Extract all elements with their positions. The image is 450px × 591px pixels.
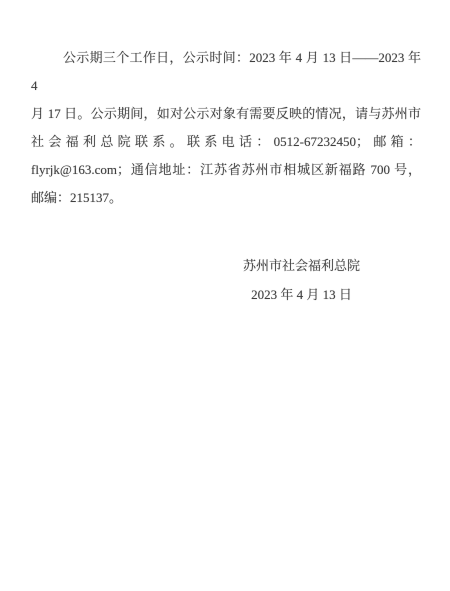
signature-block: 苏州市社会福利总院 2023 年 4 月 13 日 [243, 251, 360, 309]
paragraph-line: 邮编：215137。 [31, 184, 421, 212]
paragraph-line: 月 17 日。公示期间，如对公示对象有需要反映的情况，请与苏州市 [31, 100, 421, 128]
document-page: { "colors": { "background": "#ffffff", "… [0, 0, 450, 591]
notice-paragraph: 公示期三个工作日，公示时间：2023 年 4 月 13 日——2023 年 4 … [31, 44, 421, 212]
signature-date: 2023 年 4 月 13 日 [243, 280, 360, 309]
paragraph-line: flyrjk@163.com；通信地址：江苏省苏州市相城区新福路 700 号， [31, 156, 421, 184]
notice-document: 公示期三个工作日，公示时间：2023 年 4 月 13 日——2023 年 4 … [0, 0, 450, 591]
signature-organization: 苏州市社会福利总院 [243, 251, 360, 280]
paragraph-line: 公示期三个工作日，公示时间：2023 年 4 月 13 日——2023 年 4 [31, 44, 421, 100]
paragraph-line: 社会福利总院联系。联系电话：0512-67232450；邮箱： [31, 128, 421, 156]
